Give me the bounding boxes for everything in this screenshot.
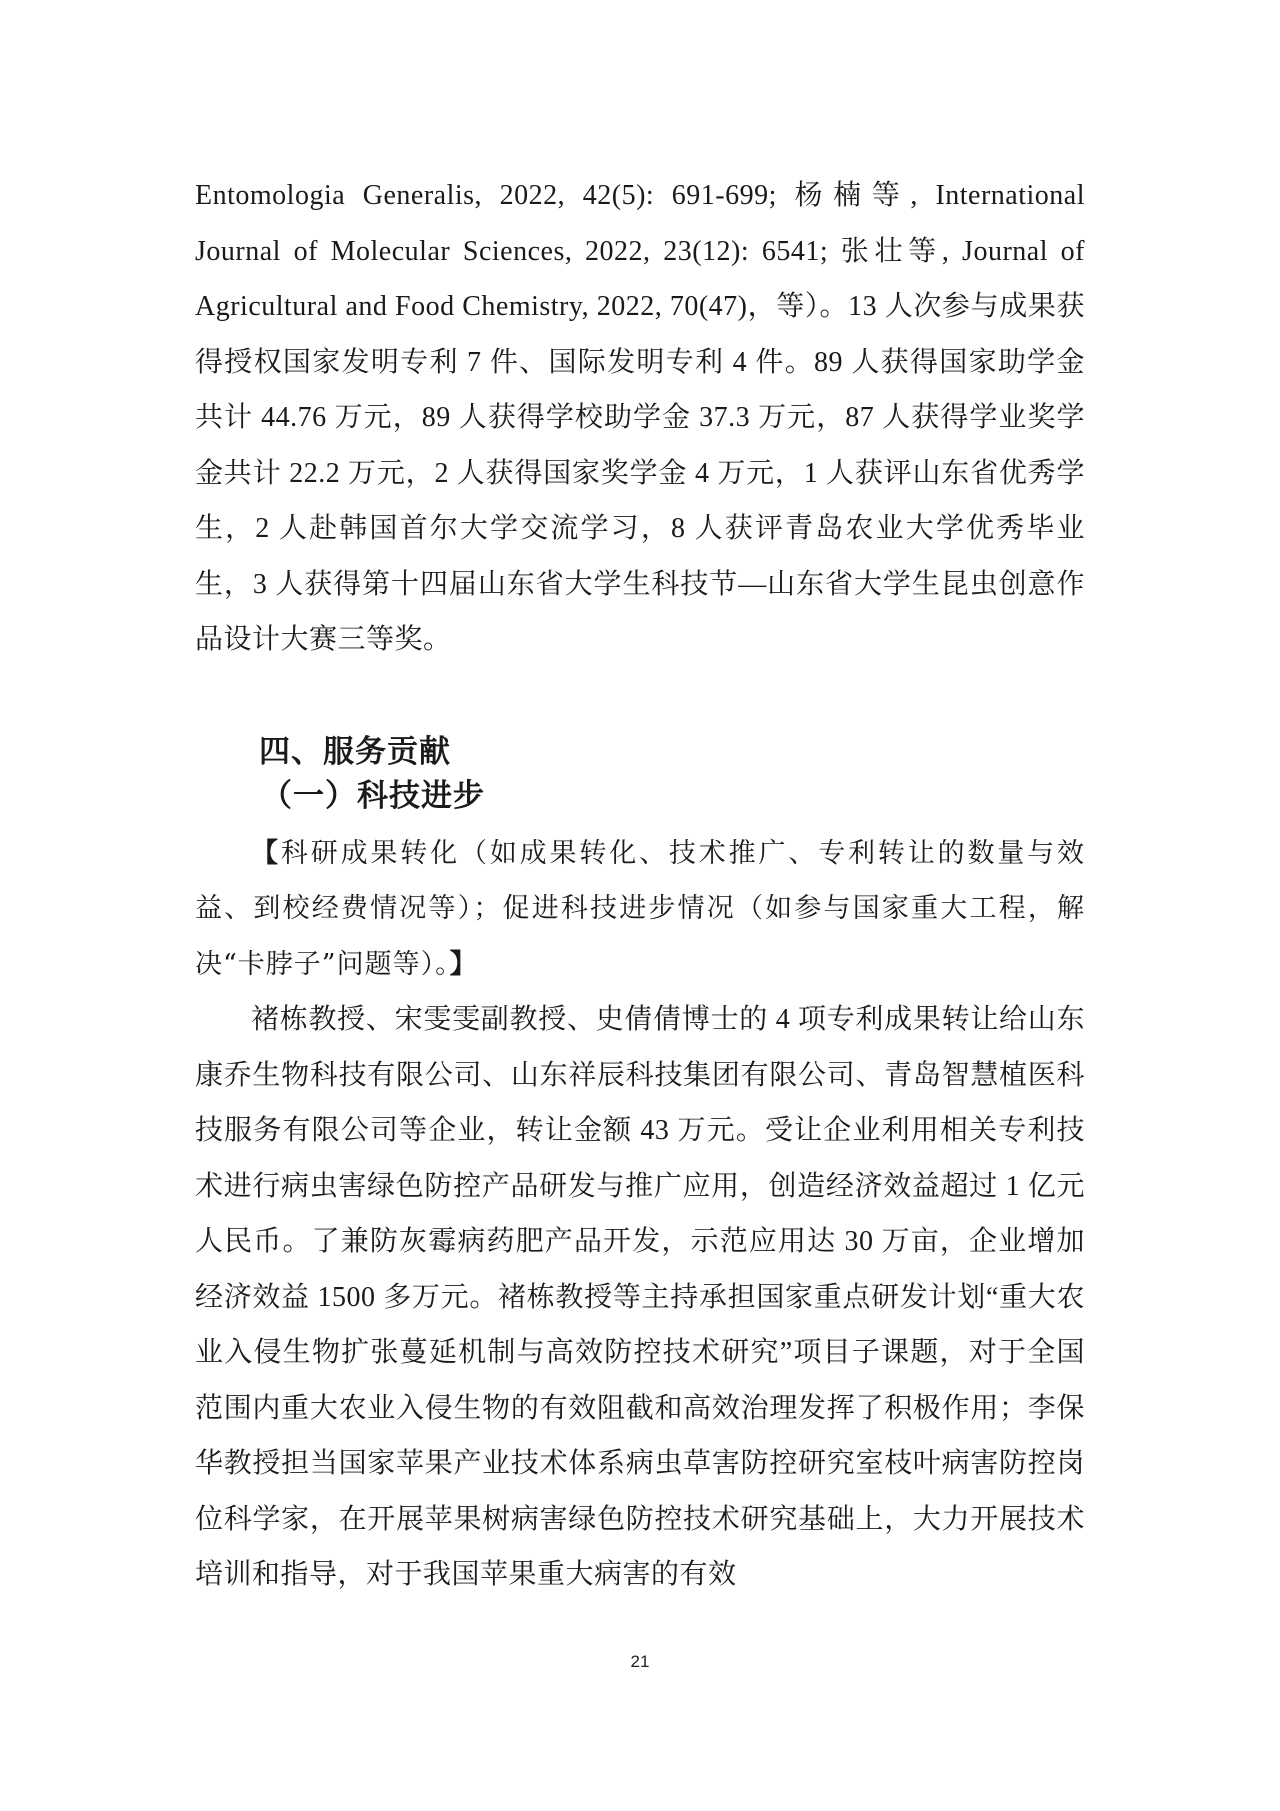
page-number: 21	[0, 1652, 1280, 1672]
page-content: Entomologia Generalis, 2022, 42(5): 691-…	[195, 168, 1085, 1603]
section-heading: 四、服务贡献	[195, 730, 1085, 774]
guidance-note: 【科研成果转化（如成果转化、技术推广、专利转让的数量与效益、到校经费情况等）；促…	[195, 826, 1085, 993]
subsection-heading: （一）科技进步	[195, 774, 1085, 818]
body-paragraph: 褚栋教授、宋雯雯副教授、史倩倩博士的 4 项专利成果转让给山东康乔生物科技有限公…	[195, 992, 1085, 1603]
guidance-close-bracket: 】	[450, 949, 478, 980]
section-spacer	[195, 668, 1085, 730]
guidance-text: 科研成果转化（如成果转化、技术推广、专利转让的数量与效益、到校经费情况等）；促进…	[195, 838, 1085, 980]
guidance-open-bracket: 【	[251, 838, 281, 869]
continuation-paragraph: Entomologia Generalis, 2022, 42(5): 691-…	[195, 168, 1085, 668]
document-page: Entomologia Generalis, 2022, 42(5): 691-…	[0, 0, 1280, 1811]
